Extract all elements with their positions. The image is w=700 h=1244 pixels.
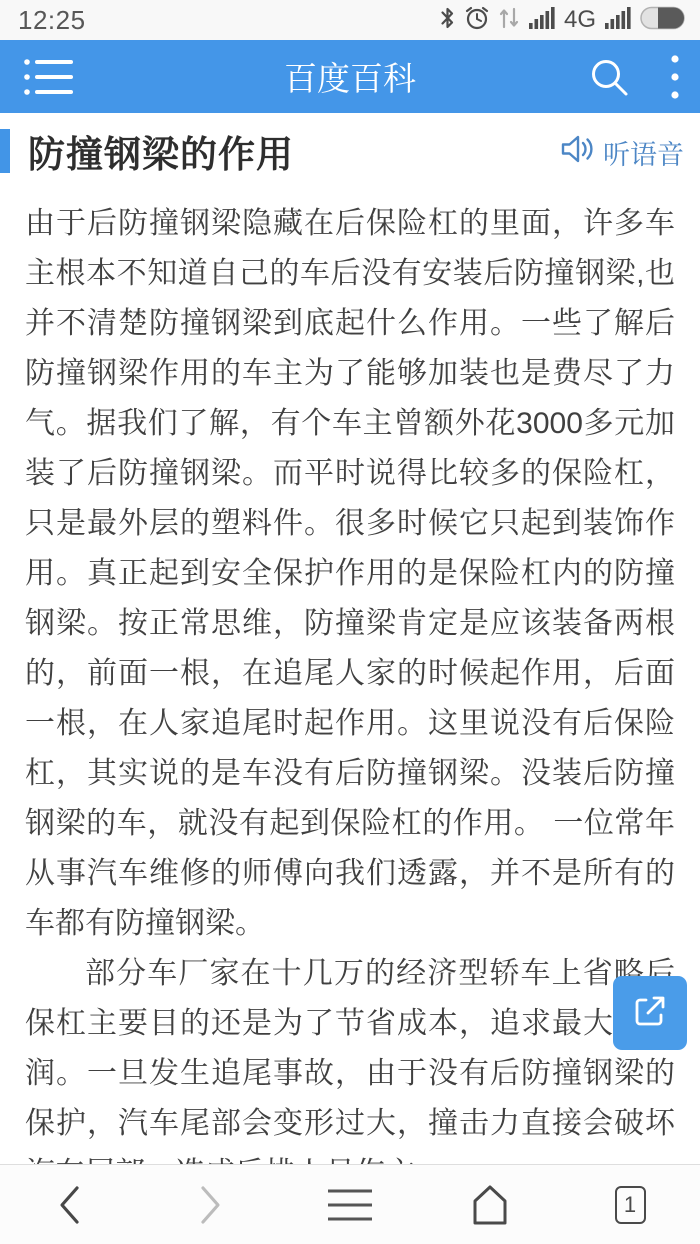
signal-icon bbox=[604, 6, 632, 35]
page-title: 百度百科 bbox=[284, 53, 416, 100]
article-paragraph: 由于后防撞钢梁隐藏在后保险杠的里面，许多车主根本不知道自己的车后没有安装后防撞钢… bbox=[25, 199, 675, 949]
status-icons: 4G bbox=[439, 5, 686, 36]
back-button[interactable] bbox=[0, 1184, 140, 1226]
article-title: 防撞钢梁的作用 bbox=[28, 124, 294, 178]
external-link-icon bbox=[631, 992, 669, 1035]
bottom-nav: 1 bbox=[0, 1164, 700, 1244]
signal-icon bbox=[528, 6, 556, 35]
clock: 12:25 bbox=[18, 5, 86, 36]
list-icon[interactable] bbox=[22, 53, 76, 101]
title-accent-bar bbox=[0, 129, 10, 173]
network-type-label: 4G bbox=[564, 6, 596, 34]
data-arrows-icon bbox=[498, 5, 520, 36]
menu-button[interactable] bbox=[280, 1186, 420, 1224]
battery-icon bbox=[640, 6, 686, 35]
app-header: 百度百科 bbox=[0, 40, 700, 113]
browser-screen: 12:25 bbox=[0, 0, 700, 1244]
forward-button[interactable] bbox=[140, 1184, 280, 1226]
alarm-icon bbox=[464, 5, 490, 36]
bluetooth-icon bbox=[439, 5, 456, 36]
article-body: 由于后防撞钢梁隐藏在后保险杠的里面，许多车主根本不知道自己的车后没有安装后防撞钢… bbox=[0, 199, 700, 1199]
home-button[interactable] bbox=[420, 1182, 560, 1228]
article-paragraph: 部分车厂家在十几万的经济型轿车上省略后保杠主要目的还是为了节省成本，追求最大的利… bbox=[25, 949, 675, 1199]
article-header: 防撞钢梁的作用 听语音 bbox=[0, 127, 700, 175]
listen-audio-button[interactable]: 听语音 bbox=[560, 133, 684, 172]
tab-count-badge: 1 bbox=[615, 1186, 646, 1224]
listen-label: 听语音 bbox=[603, 133, 684, 172]
search-icon[interactable] bbox=[588, 56, 630, 98]
open-external-button[interactable] bbox=[613, 976, 687, 1050]
tabs-button[interactable]: 1 bbox=[560, 1186, 700, 1224]
status-bar: 12:25 bbox=[0, 0, 700, 40]
speaker-icon bbox=[560, 133, 595, 172]
overflow-menu-icon[interactable] bbox=[670, 53, 680, 101]
